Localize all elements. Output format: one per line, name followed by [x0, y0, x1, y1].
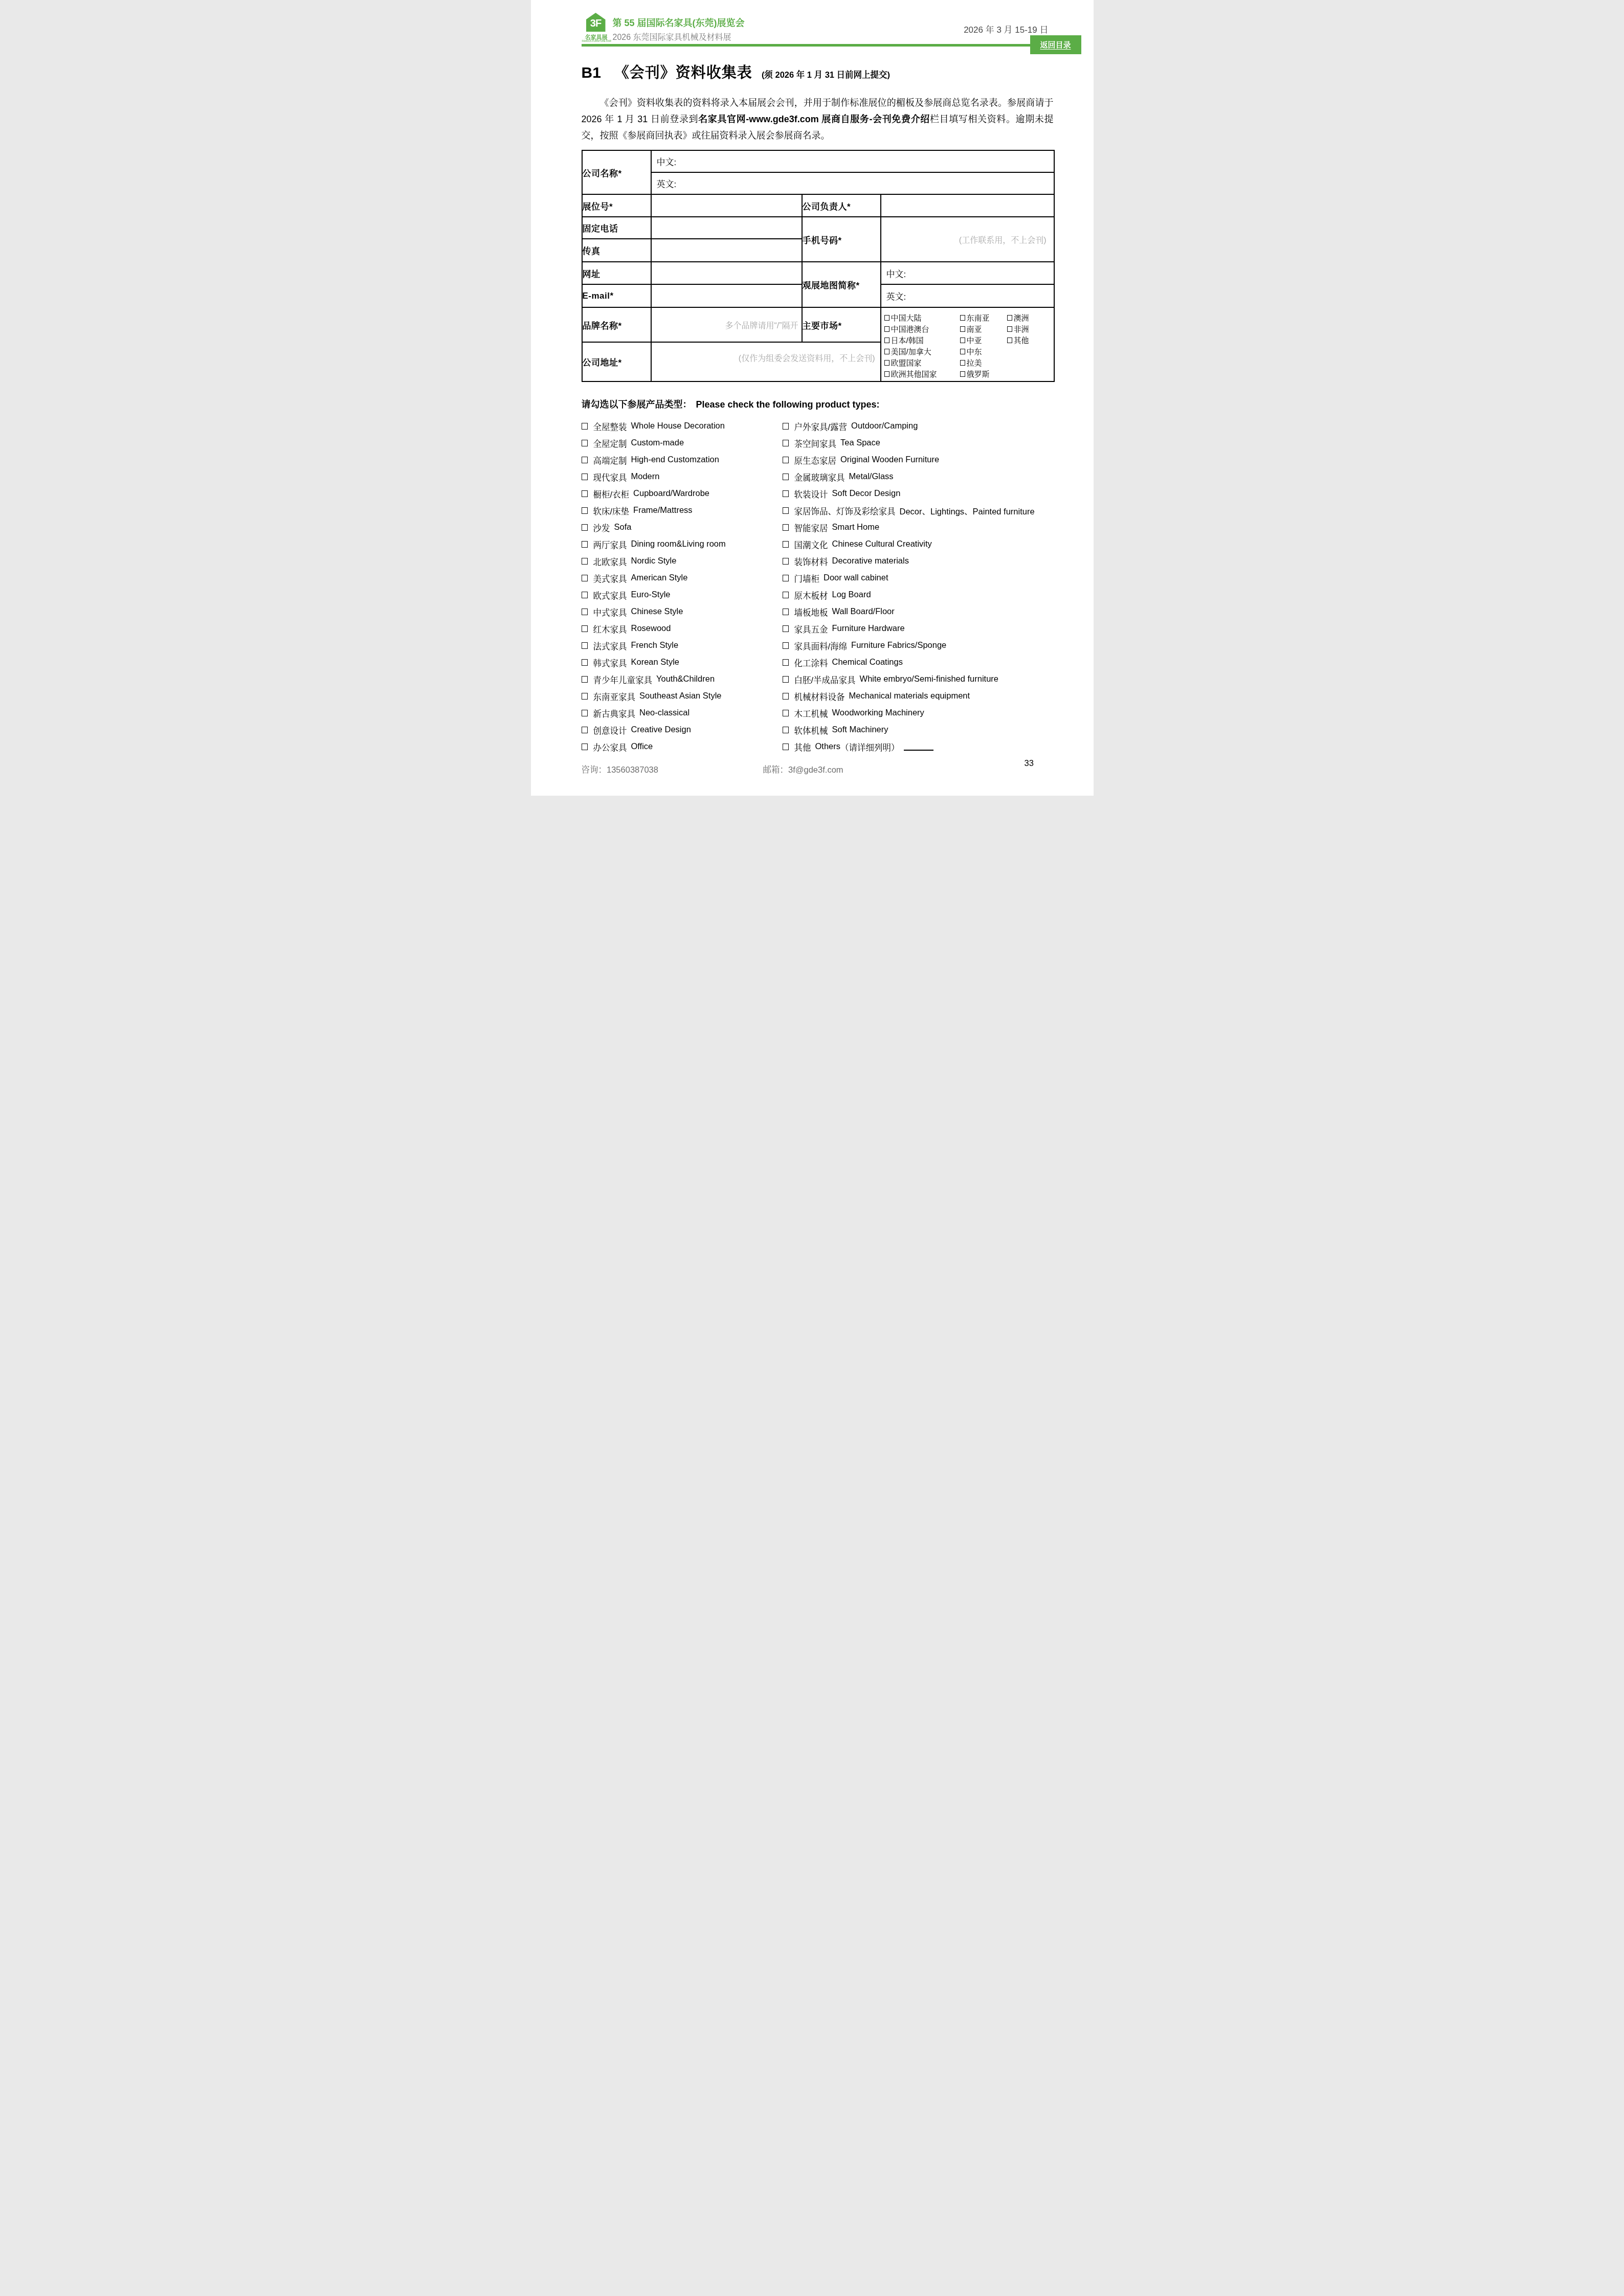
product-label-en: White embryo/Semi-finished furniture: [860, 674, 998, 684]
market-option-label: 欧洲其他国家: [891, 369, 937, 379]
website-input-cell[interactable]: [651, 262, 802, 284]
product-type-option[interactable]: 办公家具 Office: [582, 738, 783, 755]
fair-title: 第 55 届国际名家具(东莞)展览会: [613, 16, 745, 29]
product-type-option[interactable]: 茶空间家具 Tea Space: [783, 435, 1089, 452]
checkbox-icon[interactable]: [783, 642, 789, 649]
page-footer: 咨询：13560387038 邮箱：3f@gde3f.com 33: [531, 759, 1094, 779]
label-fax: 传真: [582, 239, 651, 262]
label-english: 英文:: [881, 292, 906, 302]
label-chinese: 中文:: [881, 269, 906, 279]
product-label-en: Neo-classical: [639, 708, 689, 718]
market-option[interactable]: 俄罗斯: [960, 369, 1007, 380]
checkbox-icon[interactable]: [960, 349, 965, 354]
address-usage-hint: (仅作为组委会发送资料用，不上会刊): [739, 352, 880, 372]
product-type-option[interactable]: 欧式家具 Euro-Style: [582, 587, 783, 603]
mobile-input-cell[interactable]: (工作联系用，不上会刊): [881, 217, 1054, 262]
product-label-en: Sofa: [614, 523, 632, 532]
product-type-option[interactable]: 白胚/半成品家具 White embryo/Semi-finished furn…: [783, 671, 1089, 688]
product-label-en: Wall Board/Floor: [832, 607, 895, 617]
checkbox-icon[interactable]: [582, 609, 588, 615]
product-label-en: Modern: [631, 472, 660, 482]
market-option-label: 俄罗斯: [967, 369, 990, 379]
form-code: B1: [582, 64, 601, 82]
page-number: 33: [1025, 759, 1034, 769]
label-booth-number: 展位号*: [582, 194, 651, 217]
main-market-options-cell: 中国大陆中国港澳台日本/韩国美国/加拿大欧盟国家欧洲其他国家 东南亚南亚中亚中东…: [881, 307, 1054, 381]
checkbox-icon[interactable]: [582, 625, 588, 632]
product-label-cn: 红木家具: [593, 623, 627, 635]
market-option-label: 中东: [967, 346, 982, 357]
checkbox-icon[interactable]: [960, 326, 965, 332]
product-label-cn: 装饰材料: [794, 555, 828, 568]
checkbox-icon[interactable]: [1007, 337, 1012, 343]
product-type-option[interactable]: 创意设计 Creative Design: [582, 722, 783, 738]
checkbox-icon[interactable]: [1007, 315, 1012, 321]
market-option-label: 南亚: [967, 324, 982, 334]
product-label-en: Metal/Glass: [849, 472, 894, 482]
product-label-en: Soft Machinery: [832, 725, 888, 735]
product-label-cn: 国潮文化: [794, 538, 828, 551]
product-label-en: Log Board: [832, 590, 871, 600]
product-type-option[interactable]: 家具五金 Furniture Hardware: [783, 620, 1089, 637]
product-label-en: Rosewood: [631, 624, 671, 634]
label-mobile: 手机号码*: [802, 217, 881, 262]
product-type-option[interactable]: 木工机械 Woodworking Machinery: [783, 705, 1089, 722]
back-to-toc-button[interactable]: 返回目录: [1030, 35, 1081, 54]
product-type-option[interactable]: 软体机械 Soft Machinery: [783, 722, 1089, 738]
checkbox-icon[interactable]: [582, 440, 588, 446]
label-map-abbreviation: 观展地图简称*: [802, 262, 881, 307]
product-type-option[interactable]: 法式家具 French Style: [582, 637, 783, 654]
checkbox-icon[interactable]: [884, 371, 889, 377]
market-option[interactable]: 东南亚: [960, 312, 1007, 324]
product-type-option[interactable]: 韩式家具 Korean Style: [582, 654, 783, 671]
product-label-en: Original Wooden Furniture: [840, 455, 939, 465]
checkbox-icon[interactable]: [783, 592, 789, 598]
checkbox-icon[interactable]: [884, 337, 889, 343]
checkbox-icon[interactable]: [960, 337, 965, 343]
product-label-en: French Style: [631, 641, 679, 650]
checkbox-icon[interactable]: [582, 457, 588, 463]
brand-name-input-cell[interactable]: 多个品牌请用“/”隔开: [651, 307, 802, 342]
product-label-cn: 智能家居: [794, 522, 828, 534]
landline-input-cell[interactable]: [651, 217, 802, 239]
checkbox-icon[interactable]: [783, 609, 789, 615]
product-label-en: Woodworking Machinery: [832, 708, 924, 718]
product-label-cn: 家具面料/海绵: [794, 640, 848, 652]
product-label-en: High-end Customzation: [631, 455, 719, 465]
product-label-cn: 办公家具: [593, 741, 627, 753]
product-label-cn: 青少年儿童家具: [593, 673, 653, 686]
product-type-option[interactable]: 机械材料设备 Mechanical materials equipment: [783, 688, 1089, 705]
checkbox-icon[interactable]: [783, 625, 789, 632]
checkbox-icon[interactable]: [783, 474, 789, 480]
map-name-en-cell[interactable]: 英文:: [881, 284, 1054, 307]
checkbox-icon[interactable]: [783, 524, 789, 531]
product-label-en: Decorative materials: [832, 556, 909, 566]
product-label-en: Smart Home: [832, 523, 880, 532]
market-option-label: 非洲: [1014, 324, 1029, 334]
fill-in-blank-line[interactable]: [904, 744, 933, 751]
product-type-option[interactable]: 原木板材 Log Board: [783, 587, 1089, 603]
product-label-cn: 白胚/半成品家具: [794, 673, 856, 686]
checkbox-icon[interactable]: [582, 575, 588, 581]
product-label-en: Whole House Decoration: [631, 421, 725, 431]
booth-number-input-cell[interactable]: [651, 194, 802, 217]
market-column-2: 东南亚南亚中亚中东拉美俄罗斯: [960, 312, 1007, 380]
market-option-label: 东南亚: [967, 312, 990, 323]
checkbox-icon[interactable]: [783, 575, 789, 581]
mobile-usage-hint: (工作联系用，不上会刊): [959, 236, 1054, 245]
product-types-left-column: 全屋整装 Whole House Decoration 全屋定制 Custom-…: [582, 418, 783, 755]
product-label-cn: 家具五金: [794, 623, 828, 635]
label-company-name: 公司名称*: [582, 150, 651, 194]
product-label-en: American Style: [631, 573, 688, 583]
checkbox-icon[interactable]: [884, 315, 889, 321]
product-label-en: Soft Decor Design: [832, 489, 901, 499]
market-option-label: 中国大陆: [891, 312, 922, 323]
market-option-label: 澳洲: [1014, 312, 1029, 323]
product-types-list: 全屋整装 Whole House Decoration 全屋定制 Custom-…: [582, 418, 1094, 755]
checkbox-icon[interactable]: [783, 440, 789, 446]
checkbox-icon[interactable]: [783, 727, 789, 733]
product-label-en: Euro-Style: [631, 590, 671, 600]
market-option[interactable]: 南亚: [960, 324, 1007, 335]
product-label-cn: 软装设计: [794, 488, 828, 500]
product-type-option[interactable]: 红木家具 Rosewood: [582, 620, 783, 637]
checkbox-icon[interactable]: [783, 710, 789, 716]
product-label-cn: 软床/床垫: [593, 505, 630, 517]
product-type-option[interactable]: 其他 Others （请详细列明）: [783, 738, 1089, 755]
market-option-label: 中亚: [967, 335, 982, 346]
checkbox-icon[interactable]: [884, 326, 889, 332]
label-company-manager: 公司负责人*: [802, 194, 881, 217]
product-type-option[interactable]: 美式家具 American Style: [582, 570, 783, 587]
product-label-en: Frame/Mattress: [633, 506, 693, 515]
checkbox-icon[interactable]: [582, 659, 588, 666]
product-label-cn: 木工机械: [794, 707, 828, 719]
checkbox-icon[interactable]: [783, 558, 789, 565]
label-website: 网址: [582, 262, 651, 284]
page-header: 3F 名家具展 FAMOUS FURNITURE FAIR 第 55 届国际名家…: [531, 0, 1094, 49]
label-chinese: 中文:: [652, 157, 677, 167]
product-label-en: Furniture Fabrics/Sponge: [851, 641, 946, 650]
product-type-option[interactable]: 原生态家居 Original Wooden Furniture: [783, 452, 1089, 468]
market-option-label: 中国港澳台: [891, 324, 929, 334]
checkbox-icon[interactable]: [960, 360, 965, 366]
market-option[interactable]: 中亚: [960, 335, 1007, 346]
product-label-cn: 韩式家具: [593, 657, 627, 669]
company-manager-input-cell[interactable]: [881, 194, 1054, 217]
product-label-cn: 全屋整装: [593, 420, 627, 433]
product-label-en: Chemical Coatings: [832, 658, 903, 667]
product-type-option[interactable]: 门墙柜 Door wall cabinet: [783, 570, 1089, 587]
market-column-3: 澳洲非洲其他: [1007, 312, 1029, 380]
deadline-note: (须 2026 年 1 月 31 日前网上提交): [762, 68, 890, 80]
checkbox-icon[interactable]: [783, 541, 789, 548]
checkbox-icon[interactable]: [783, 457, 789, 463]
checkbox-icon[interactable]: [582, 541, 588, 548]
product-label-cn: 软体机械: [794, 724, 828, 736]
checkbox-icon[interactable]: [582, 727, 588, 733]
checkbox-icon[interactable]: [783, 693, 789, 700]
market-option[interactable]: 中国港澳台: [884, 324, 960, 335]
market-option[interactable]: 欧洲其他国家: [884, 369, 960, 380]
product-label-en: Office: [631, 742, 653, 752]
checkbox-icon[interactable]: [783, 659, 789, 666]
product-type-option[interactable]: 青少年儿童家具 Youth&Children: [582, 671, 783, 688]
checkbox-icon[interactable]: [582, 710, 588, 716]
checkbox-icon[interactable]: [582, 524, 588, 531]
fax-input-cell[interactable]: [651, 239, 802, 262]
label-company-address: 公司地址*: [582, 342, 651, 381]
product-label-en: Decor、Lightings、Painted furniture: [900, 505, 1035, 517]
product-label-en: Korean Style: [631, 658, 679, 667]
product-label-cn: 其他: [794, 741, 811, 753]
intro-paragraph: 《会刊》资料收集表的资料将录入本届展会会刊，并用于制作标准展位的楣板及参展商总览…: [582, 95, 1054, 144]
checkbox-icon[interactable]: [884, 349, 889, 354]
checkbox-icon[interactable]: [960, 371, 965, 377]
product-types-heading: 请勾选以下参展产品类型：Please check the following p…: [582, 397, 1054, 411]
product-label-en: Cupboard/Wardrobe: [633, 489, 709, 499]
checkbox-icon[interactable]: [582, 558, 588, 565]
market-column-1: 中国大陆中国港澳台日本/韩国美国/加拿大欧盟国家欧洲其他国家: [884, 312, 960, 380]
product-types-heading-cn: 请勾选以下参展产品类型：: [582, 399, 692, 410]
checkbox-icon[interactable]: [582, 490, 588, 497]
footer-consult-phone: 咨询：13560387038: [582, 763, 658, 775]
header-divider: [582, 44, 1030, 47]
intro-bold-website: 名家具官网-www.gde3f.com 展商自服务-会刊免费介绍: [698, 114, 930, 124]
market-option-label: 欧盟国家: [891, 357, 922, 368]
product-label-cn: 家居饰品、灯饰及彩绘家具: [794, 505, 896, 517]
product-types-heading-en: Please check the following product types…: [696, 399, 880, 410]
product-type-option[interactable]: 两厅家具 Dining room&Living room: [582, 536, 783, 553]
logo-mark: 3F: [590, 18, 601, 30]
product-type-option[interactable]: 全屋整装 Whole House Decoration: [582, 418, 783, 435]
product-label-cn: 沙发: [593, 522, 610, 534]
product-type-option[interactable]: 新古典家具 Neo-classical: [582, 705, 783, 722]
checkbox-icon[interactable]: [783, 676, 789, 683]
product-type-option[interactable]: 化工涂料 Chemical Coatings: [783, 654, 1089, 671]
product-label-cn: 原生态家居: [794, 454, 837, 466]
market-option[interactable]: 拉美: [960, 357, 1007, 369]
checkbox-icon[interactable]: [783, 423, 789, 430]
checkbox-icon[interactable]: [582, 642, 588, 649]
product-label-en: Creative Design: [631, 725, 691, 735]
form-title: 《会刊》资料收集表: [614, 61, 752, 82]
checkbox-icon[interactable]: [582, 474, 588, 480]
product-label-en: Furniture Hardware: [832, 624, 905, 634]
checkbox-icon[interactable]: [582, 693, 588, 700]
product-type-option[interactable]: 家居饰品、灯饰及彩绘家具 Decor、Lightings、Painted fur…: [783, 502, 1089, 519]
product-label-en: Chinese Style: [631, 607, 683, 617]
product-type-option[interactable]: 北欧家具 Nordic Style: [582, 553, 783, 570]
product-label-en: Youth&Children: [656, 674, 715, 684]
label-main-market: 主要市场*: [802, 307, 881, 342]
company-address-input-cell[interactable]: (仅作为组委会发送资料用，不上会刊): [651, 342, 881, 381]
product-type-option[interactable]: 现代家具 Modern: [582, 468, 783, 485]
product-label-en: Custom-made: [631, 438, 684, 448]
label-brand-name: 品牌名称*: [582, 307, 651, 342]
product-type-option[interactable]: 全屋定制 Custom-made: [582, 435, 783, 452]
fair-subtitle: 2026 东莞国际家具机械及材料展: [613, 31, 731, 42]
product-label-cn: 东南亚家具: [593, 690, 636, 703]
product-label-cn: 欧式家具: [593, 589, 627, 601]
product-label-cn: 金属玻璃家具: [794, 471, 845, 483]
product-label-en: Dining room&Living room: [631, 539, 726, 549]
market-option-label: 日本/韩国: [891, 335, 924, 346]
checkbox-icon[interactable]: [582, 676, 588, 683]
product-label-en: Outdoor/Camping: [851, 421, 918, 431]
checkbox-icon[interactable]: [582, 744, 588, 750]
product-type-option[interactable]: 软装设计 Soft Decor Design: [783, 485, 1089, 502]
product-label-en: Mechanical materials equipment: [849, 691, 970, 701]
product-label-cn: 墙板地板: [794, 606, 828, 618]
page-title: B1 《会刊》资料收集表 (须 2026 年 1 月 31 日前网上提交): [582, 61, 1054, 82]
market-option[interactable]: 澳洲: [1007, 312, 1029, 324]
publication-info-form: 公司名称* 中文: 英文: 展位号* 公司负责人* 固定电话 手机号码* (工作…: [582, 150, 1055, 382]
market-option-label: 拉美: [967, 357, 982, 368]
product-type-option[interactable]: 户外家具/露营 Outdoor/Camping: [783, 418, 1089, 435]
product-label-cn: 法式家具: [593, 640, 627, 652]
product-label-cn: 美式家具: [593, 572, 627, 584]
market-option[interactable]: 美国/加拿大: [884, 346, 960, 357]
product-type-option[interactable]: 墙板地板 Wall Board/Floor: [783, 603, 1089, 620]
product-label-cn: 茶空间家具: [794, 437, 837, 449]
checkbox-icon[interactable]: [582, 507, 588, 514]
label-landline: 固定电话: [582, 217, 651, 239]
product-label-cn: 全屋定制: [593, 437, 627, 449]
footer-email: 邮箱：3f@gde3f.com: [763, 763, 843, 775]
market-option[interactable]: 其他: [1007, 335, 1029, 346]
market-option[interactable]: 中东: [960, 346, 1007, 357]
product-label-cn: 原木板材: [794, 589, 828, 601]
product-type-option[interactable]: 家具面料/海绵 Furniture Fabrics/Sponge: [783, 637, 1089, 654]
product-type-option[interactable]: 装饰材料 Decorative materials: [783, 553, 1089, 570]
product-label-cn: 户外家具/露营: [794, 420, 848, 433]
market-option[interactable]: 日本/韩国: [884, 335, 960, 346]
checkbox-icon[interactable]: [1007, 326, 1012, 332]
checkbox-icon[interactable]: [783, 507, 789, 514]
product-label-note: （请详细列明）: [840, 741, 900, 753]
market-option-label: 美国/加拿大: [891, 346, 931, 357]
label-english: 英文:: [652, 179, 677, 189]
market-option[interactable]: 欧盟国家: [884, 357, 960, 369]
product-type-option[interactable]: 软床/床垫 Frame/Mattress: [582, 502, 783, 519]
market-option[interactable]: 非洲: [1007, 324, 1029, 335]
product-label-cn: 中式家具: [593, 606, 627, 618]
product-label-cn: 现代家具: [593, 471, 627, 483]
product-type-option[interactable]: 中式家具 Chinese Style: [582, 603, 783, 620]
product-label-cn: 机械材料设备: [794, 690, 845, 703]
logo-name-en: FAMOUS FURNITURE FAIR: [582, 40, 611, 42]
map-name-cn-cell[interactable]: 中文:: [881, 262, 1054, 284]
checkbox-icon[interactable]: [582, 592, 588, 598]
product-label-cn: 新古典家具: [593, 707, 636, 719]
market-option[interactable]: 中国大陆: [884, 312, 960, 324]
logo-3f-house-icon: 3F: [586, 13, 606, 32]
product-type-option[interactable]: 东南亚家具 Southeast Asian Style: [582, 688, 783, 705]
product-type-option[interactable]: 金属玻璃家具 Metal/Glass: [783, 468, 1089, 485]
product-type-option[interactable]: 国潮文化 Chinese Cultural Creativity: [783, 536, 1089, 553]
product-label-en: Chinese Cultural Creativity: [832, 539, 932, 549]
product-label-cn: 高端定制: [593, 454, 627, 466]
product-label-en: Tea Space: [840, 438, 880, 448]
checkbox-icon[interactable]: [960, 315, 965, 321]
product-label-cn: 北欧家具: [593, 555, 627, 568]
brand-separator-hint: 多个品牌请用“/”隔开: [725, 322, 801, 330]
product-type-option[interactable]: 智能家居 Smart Home: [783, 519, 1089, 536]
checkbox-icon[interactable]: [582, 423, 588, 430]
product-label-en: Others: [815, 742, 841, 752]
product-type-option[interactable]: 沙发 Sofa: [582, 519, 783, 536]
product-label-en: Nordic Style: [631, 556, 677, 566]
product-label-cn: 创意设计: [593, 724, 627, 736]
product-label-en: Door wall cabinet: [824, 573, 888, 583]
company-name-en-cell[interactable]: 英文:: [651, 172, 1054, 194]
label-email: E-mail*: [582, 284, 651, 307]
market-option-label: 其他: [1014, 335, 1029, 346]
product-type-option[interactable]: 橱柜/衣柜 Cupboard/Wardrobe: [582, 485, 783, 502]
checkbox-icon[interactable]: [884, 360, 889, 366]
company-name-cn-cell[interactable]: 中文:: [651, 150, 1054, 172]
product-label-cn: 化工涂料: [794, 657, 828, 669]
checkbox-icon[interactable]: [783, 490, 789, 497]
product-label-cn: 橱柜/衣柜: [593, 488, 630, 500]
fair-dates: 2026 年 3 月 15-19 日: [964, 22, 1048, 35]
product-label-cn: 两厅家具: [593, 538, 627, 551]
product-label-en: Southeast Asian Style: [639, 691, 722, 701]
product-label-cn: 门墙柜: [794, 572, 820, 584]
product-types-right-column: 户外家具/露营 Outdoor/Camping 茶空间家具 Tea Space …: [783, 418, 1089, 755]
checkbox-icon[interactable]: [783, 744, 789, 750]
manual-page-b1: 3F 名家具展 FAMOUS FURNITURE FAIR 第 55 届国际名家…: [531, 0, 1094, 796]
email-input-cell[interactable]: [651, 284, 802, 307]
product-type-option[interactable]: 高端定制 High-end Customzation: [582, 452, 783, 468]
